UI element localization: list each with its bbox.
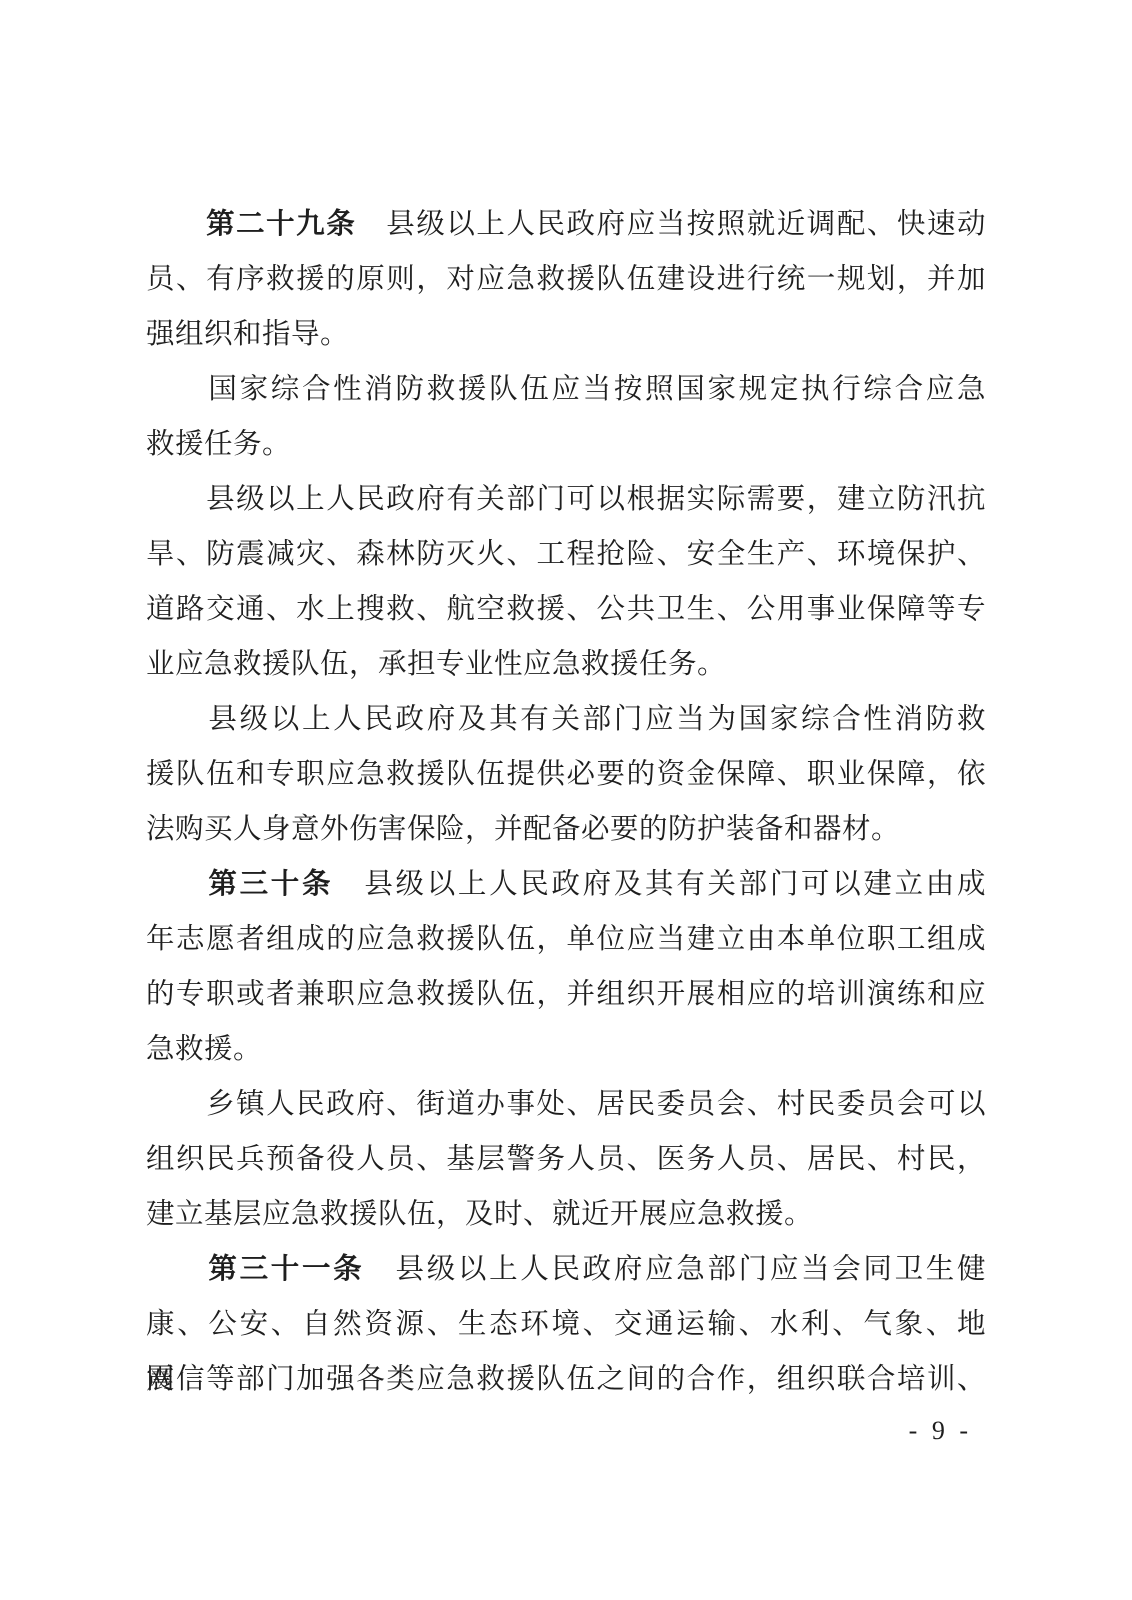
body-text: 的专职或者兼职应急救援队伍，并组织开展相应的培训演练和应 xyxy=(146,979,986,1010)
body-text: 县级以上人民政府应急部门应当会同卫生健 xyxy=(364,1254,986,1285)
text-line: 救援任务。 xyxy=(146,417,986,472)
body-text: 法购买人身意外伤害保险，并配备必要的防护装备和器材。 xyxy=(146,814,900,845)
body-text: 救援任务。 xyxy=(146,429,291,460)
body-text: 道路交通、水上搜救、航空救援、公共卫生、公用事业保障等专 xyxy=(146,594,986,625)
text-line: 第二十九条 县级以上人民政府应当按照就近调配、快速动 xyxy=(146,197,986,252)
text-line: 强组织和指导。 xyxy=(146,307,986,362)
text-line: 旱、防震减灾、森林防灭火、工程抢险、安全生产、环境保护、 xyxy=(146,527,986,582)
body-text: 县级以上人民政府有关部门可以根据实际需要，建立防汛抗 xyxy=(146,484,986,515)
body-text: 援队伍和专职应急救援队伍提供必要的资金保障、职业保障，依 xyxy=(146,759,986,790)
text-line: 国家综合性消防救援队伍应当按照国家规定执行综合应急 xyxy=(146,362,986,417)
text-line: 援队伍和专职应急救援队伍提供必要的资金保障、职业保障，依 xyxy=(146,747,986,802)
text-line: 员、有序救援的原则，对应急救援队伍建设进行统一规划，并加 xyxy=(146,252,986,307)
text-line: 组织民兵预备役人员、基层警务人员、医务人员、居民、村民， xyxy=(146,1132,986,1187)
body-text: 旱、防震减灾、森林防灭火、工程抢险、安全生产、环境保护、 xyxy=(146,539,986,570)
article-number: 第二十九条 xyxy=(206,208,356,240)
body-text: 县级以上人民政府及其有关部门应当为国家综合性消防救 xyxy=(146,704,986,735)
text-line: 县级以上人民政府及其有关部门应当为国家综合性消防救 xyxy=(146,692,986,747)
body-text: 县级以上人民政府应当按照就近调配、快速动 xyxy=(356,209,986,240)
body-text xyxy=(146,209,206,240)
body-text: 业应急救援队伍，承担专业性应急救援任务。 xyxy=(146,649,726,680)
document-body: 第二十九条 县级以上人民政府应当按照就近调配、快速动员、有序救援的原则，对应急救… xyxy=(146,197,986,1407)
body-text: 乡镇人民政府、街道办事处、居民委员会、村民委员会可以 xyxy=(146,1089,986,1120)
body-text xyxy=(146,869,208,900)
body-text: 建立基层应急救援队伍，及时、就近开展应急救援。 xyxy=(146,1199,813,1230)
body-text: 急救援。 xyxy=(146,1034,262,1065)
document-page: 第二十九条 县级以上人民政府应当按照就近调配、快速动员、有序救援的原则，对应急救… xyxy=(0,0,1132,1600)
body-text: 网信等部门加强各类应急救援队伍之间的合作，组织联合培训、 xyxy=(146,1364,986,1395)
text-line: 乡镇人民政府、街道办事处、居民委员会、村民委员会可以 xyxy=(146,1077,986,1132)
page-number: - 9 - xyxy=(909,1416,972,1446)
body-text: 县级以上人民政府及其有关部门可以建立由成 xyxy=(333,869,986,900)
text-line: 的专职或者兼职应急救援队伍，并组织开展相应的培训演练和应 xyxy=(146,967,986,1022)
text-line: 康、公安、自然资源、生态环境、交通运输、水利、气象、地震、 xyxy=(146,1297,986,1352)
text-line: 第三十条 县级以上人民政府及其有关部门可以建立由成 xyxy=(146,857,986,912)
text-line: 急救援。 xyxy=(146,1022,986,1077)
text-line: 网信等部门加强各类应急救援队伍之间的合作，组织联合培训、 xyxy=(146,1352,986,1407)
article-number: 第三十一条 xyxy=(208,1253,364,1285)
body-text: 年志愿者组成的应急救援队伍，单位应当建立由本单位职工组成 xyxy=(146,924,986,955)
text-line: 第三十一条 县级以上人民政府应急部门应当会同卫生健 xyxy=(146,1242,986,1297)
body-text: 强组织和指导。 xyxy=(146,319,349,350)
text-line: 法购买人身意外伤害保险，并配备必要的防护装备和器材。 xyxy=(146,802,986,857)
text-line: 业应急救援队伍，承担专业性应急救援任务。 xyxy=(146,637,986,692)
body-text xyxy=(146,1254,208,1285)
body-text: 组织民兵预备役人员、基层警务人员、医务人员、居民、村民， xyxy=(146,1144,986,1175)
text-line: 县级以上人民政府有关部门可以根据实际需要，建立防汛抗 xyxy=(146,472,986,527)
text-line: 年志愿者组成的应急救援队伍，单位应当建立由本单位职工组成 xyxy=(146,912,986,967)
text-line: 道路交通、水上搜救、航空救援、公共卫生、公用事业保障等专 xyxy=(146,582,986,637)
body-text: 员、有序救援的原则，对应急救援队伍建设进行统一规划，并加 xyxy=(146,264,986,295)
article-number: 第三十条 xyxy=(208,868,333,900)
text-line: 建立基层应急救援队伍，及时、就近开展应急救援。 xyxy=(146,1187,986,1242)
body-text: 国家综合性消防救援队伍应当按照国家规定执行综合应急 xyxy=(146,374,986,405)
